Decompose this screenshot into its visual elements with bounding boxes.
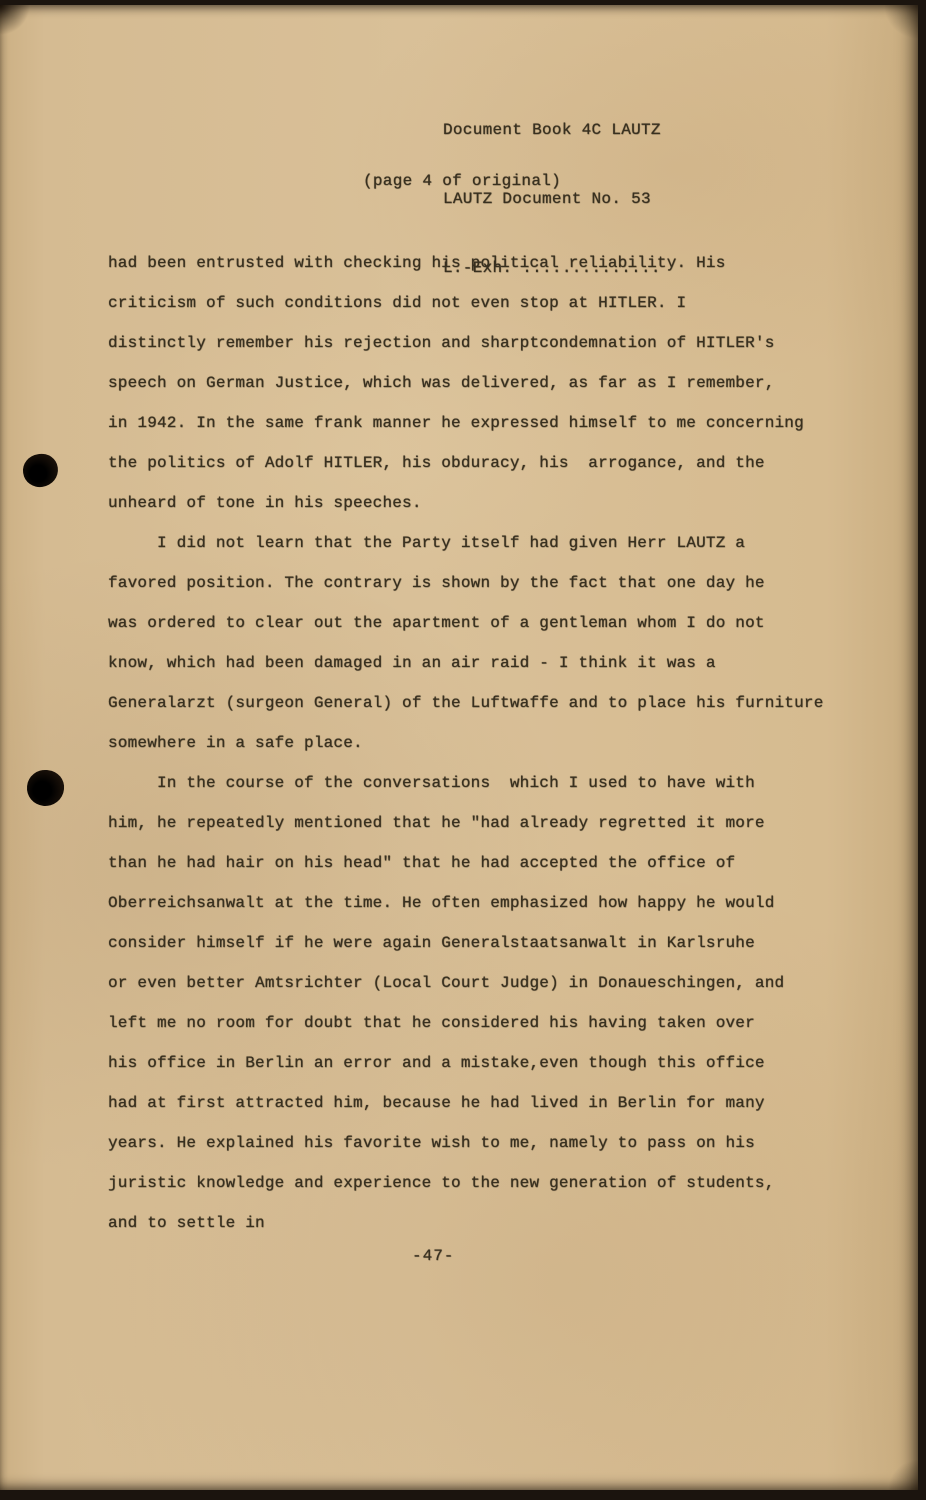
hole-punch-top — [21, 452, 60, 490]
document-number-line: LAUTZ Document No. 53 — [443, 188, 661, 211]
text-line: had been entrusted with checking his pol… — [108, 243, 824, 283]
text-line: unheard of tone in his speeches. — [108, 483, 824, 523]
text-line: In the course of the conversations which… — [108, 763, 824, 803]
text-line: him, he repeatedly mentioned that he "ha… — [108, 803, 824, 843]
text-line: and to settle in — [108, 1203, 824, 1243]
text-line: distinctly remember his rejection and sh… — [108, 323, 824, 363]
text-line: somewhere in a safe place. — [108, 723, 824, 763]
text-line: had at first attracted him, because he h… — [108, 1083, 824, 1123]
text-line: in 1942. In the same frank manner he exp… — [108, 403, 824, 443]
page-number: -47- — [412, 1247, 454, 1265]
text-line: left me no room for doubt that he consid… — [108, 1003, 824, 1043]
text-line: favored position. The contrary is shown … — [108, 563, 824, 603]
text-line: speech on German Justice, which was deli… — [108, 363, 824, 403]
text-line: his office in Berlin an error and a mist… — [108, 1043, 824, 1083]
original-page-note: (page 4 of original) — [363, 172, 561, 190]
text-line: I did not learn that the Party itself ha… — [108, 523, 824, 563]
text-line: Oberreichsanwalt at the time. He often e… — [108, 883, 824, 923]
document-book-line: Document Book 4C LAUTZ — [443, 119, 661, 142]
text-line: the politics of Adolf HITLER, his obdura… — [108, 443, 824, 483]
text-line: criticism of such conditions did not eve… — [108, 283, 824, 323]
text-line: consider himself if he were again Genera… — [108, 923, 824, 963]
text-line: years. He explained his favorite wish to… — [108, 1123, 824, 1163]
text-line: or even better Amtsrichter (Local Court … — [108, 963, 824, 1003]
document-page: Document Book 4C LAUTZ LAUTZ Document No… — [0, 5, 918, 1490]
text-line: than he had hair on his head" that he ha… — [108, 843, 824, 883]
affidavit-body-text: had been entrusted with checking his pol… — [108, 243, 824, 1243]
text-line: juristic knowledge and experience to the… — [108, 1163, 824, 1203]
text-line: Generalarzt (surgeon General) of the Luf… — [108, 683, 824, 723]
text-line: was ordered to clear out the apartment o… — [108, 603, 824, 643]
hole-punch-bottom — [25, 768, 66, 808]
text-line: know, which had been damaged in an air r… — [108, 643, 824, 683]
